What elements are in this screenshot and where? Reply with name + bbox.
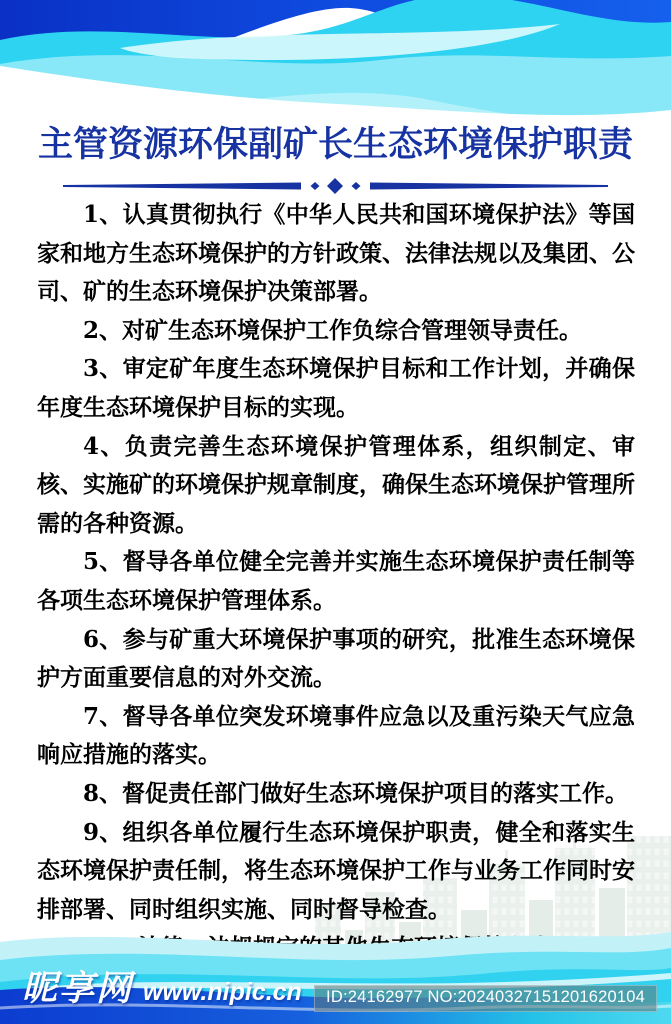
- duty-item-9: 9、组织各单位履行生态环境保护职责，健全和落实生态环境保护责任制，将生态环境保护…: [37, 814, 635, 930]
- divider-right-line: [370, 183, 608, 190]
- divider-diamond-small-right-icon: [352, 182, 361, 190]
- duty-item-5: 5、督导各单位健全完善并实施生态环境保护责任制等各项生态环境保护管理体系。: [37, 543, 635, 620]
- duty-item-3: 3、审定矿年度生态环境保护目标和工作计划，并确保年度生态环境保护目标的实现。: [37, 350, 635, 427]
- duty-item-8: 8、督促责任部门做好生态环境保护项目的落实工作。: [37, 775, 635, 814]
- watermark-site-name: 昵享网: [22, 961, 133, 1011]
- duty-poster: 主管资源环保副矿长生态环境保护职责: [0, 0, 671, 1024]
- duties-list: 1、认真贯彻执行《中华人民共和国环境保护法》等国家和地方生态环境保护的方针政策、…: [37, 196, 635, 968]
- duty-item-1: 1、认真贯彻执行《中华人民共和国环境保护法》等国家和地方生态环境保护的方针政策、…: [37, 196, 635, 312]
- divider-left-line: [63, 183, 301, 190]
- divider-diamond-small-left-icon: [311, 182, 320, 190]
- stock-id-badge: ID:24162977 NO:20240327151201620104: [314, 985, 657, 1012]
- page-title: 主管资源环保副矿长生态环境保护职责: [0, 117, 671, 167]
- duty-item-4: 4、负责完善生态环境保护管理体系，组织制定、审核、实施矿的环境保护规章制度，确保…: [37, 428, 635, 544]
- duty-item-7: 7、督导各单位突发环境事件应急以及重污染天气应急响应措施的落实。: [37, 698, 635, 775]
- watermark: 昵享网 www.nipic.cn: [22, 961, 302, 1011]
- duty-item-2: 2、对矿生态环境保护工作负综合管理领导责任。: [37, 312, 635, 351]
- divider-diamond-large-icon: [327, 178, 343, 194]
- watermark-site-url: www.nipic.cn: [143, 978, 302, 1007]
- duty-item-6: 6、参与矿重大环境保护事项的研究，批准生态环境保护方面重要信息的对外交流。: [37, 621, 635, 698]
- title-divider: [63, 177, 608, 195]
